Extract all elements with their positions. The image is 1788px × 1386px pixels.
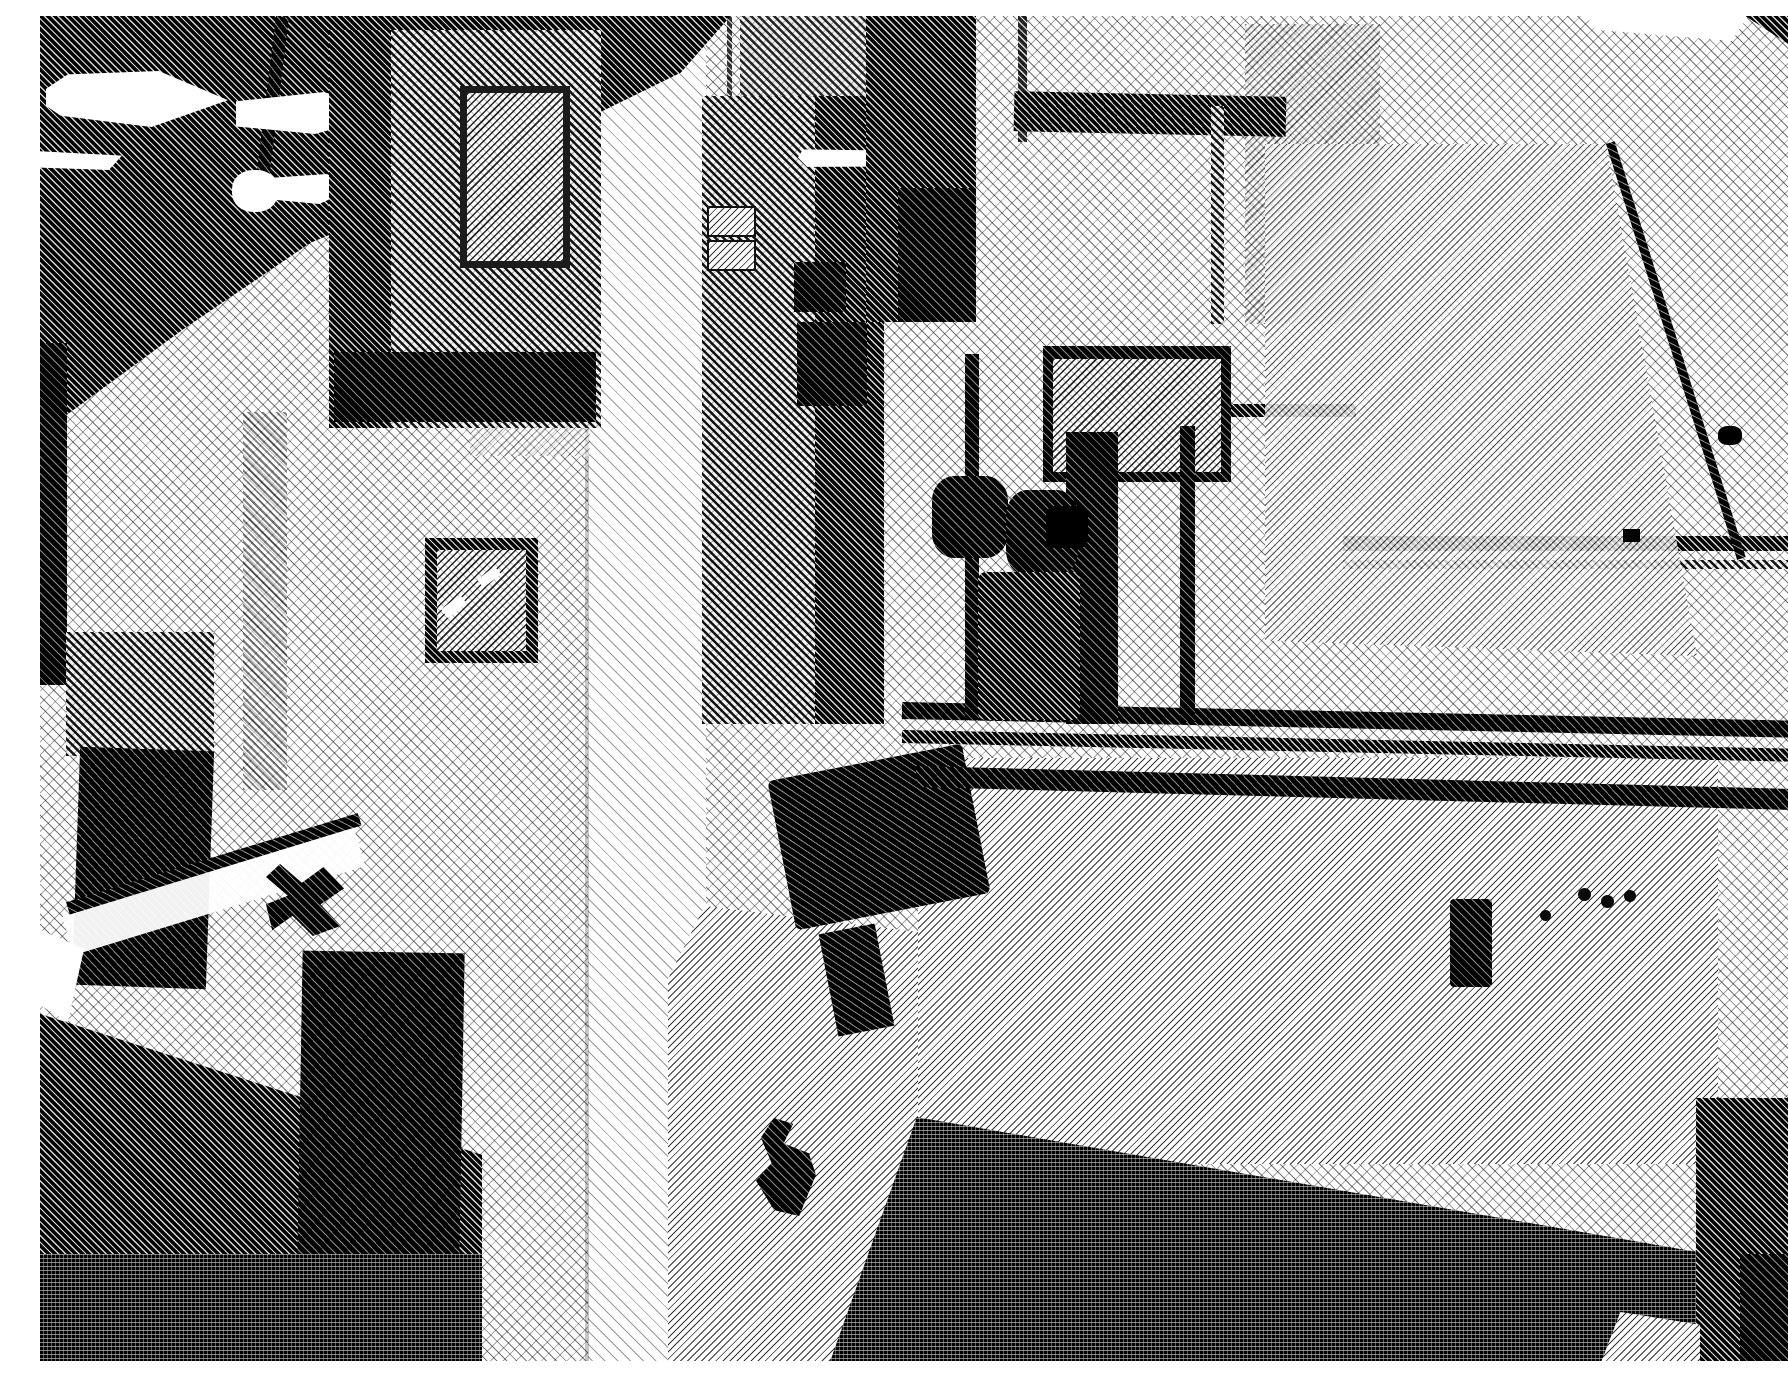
top-right-gap bbox=[1586, 16, 1748, 41]
bottom-margin bbox=[40, 1361, 1788, 1370]
print-margins bbox=[40, 16, 1788, 1370]
lab-photo: Black-and-white halftone photograph of a… bbox=[40, 16, 1788, 1370]
